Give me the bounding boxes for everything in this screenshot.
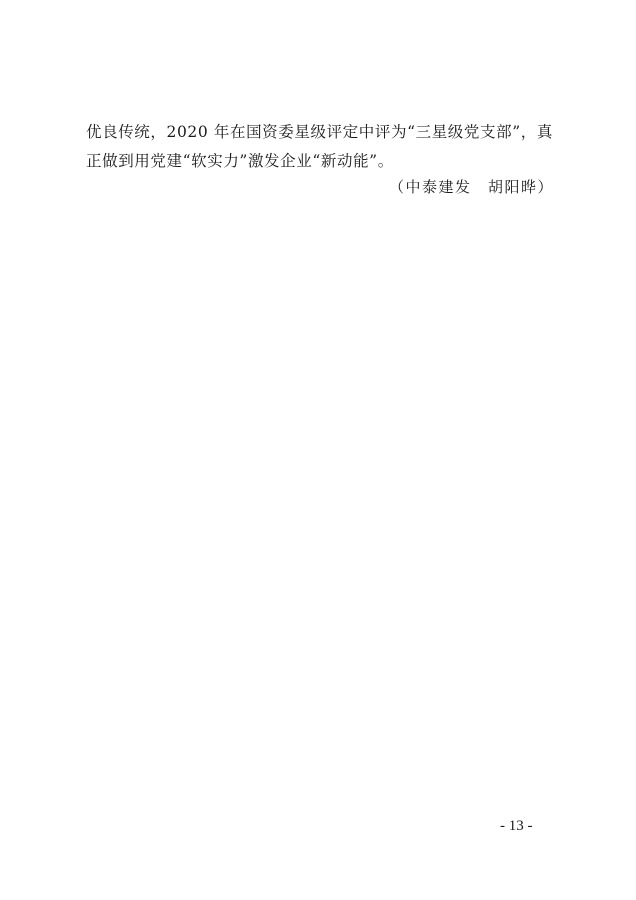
body-paragraph: 优良传统，2020 年在国资委星级评定中评为“三星级党支部”，真 正做到用党建“… — [86, 118, 556, 175]
page-number: - 13 - — [500, 815, 533, 837]
document-page: 优良传统，2020 年在国资委星级评定中评为“三星级党支部”，真 正做到用党建“… — [0, 0, 636, 900]
paragraph-line-2: 正做到用党建“软实力”激发企业“新动能”。 — [86, 147, 556, 176]
paragraph-line-1: 优良传统，2020 年在国资委星级评定中评为“三星级党支部”，真 — [86, 118, 556, 147]
author-signature: （中泰建发 胡阳晔） — [389, 175, 554, 199]
